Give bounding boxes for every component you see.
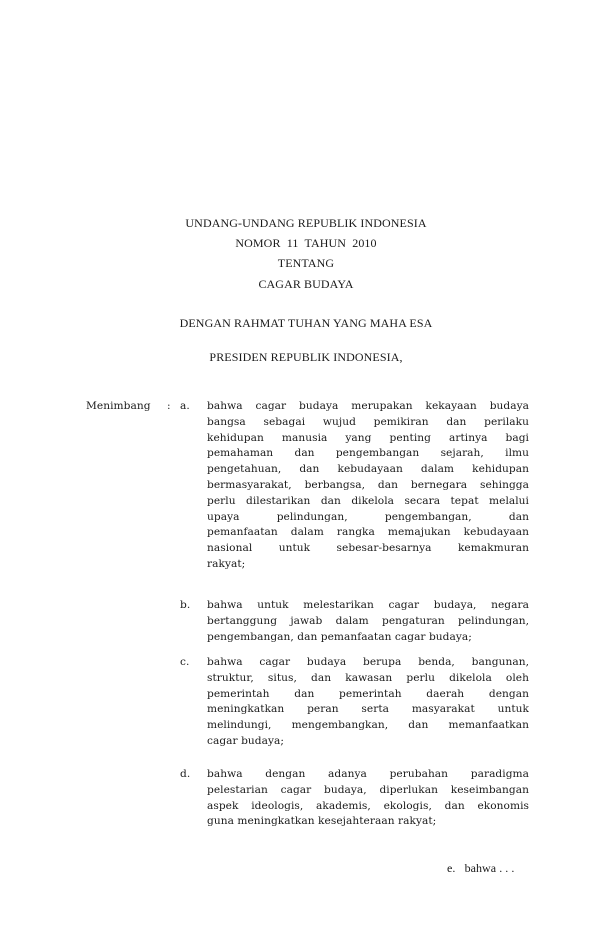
text-line: bahwa dengan adanya perubahan paradigma [207, 767, 529, 783]
item-marker: c. [180, 655, 206, 671]
text-line: struktur, situs, dan kawasan perlu dikel… [207, 671, 529, 687]
item-marker: a. [180, 399, 206, 415]
text-line: pemahaman dan pengembangan sejarah, ilmu [207, 446, 529, 462]
item-text: bahwa cagar budaya merupakan kekayaan bu… [207, 399, 529, 573]
text-line: perlu dilestarikan dan dikelola secara t… [207, 494, 529, 510]
item-marker: b. [180, 598, 206, 614]
text-line: guna meningkatkan kesejahteraan rakyat; [207, 814, 529, 830]
item-text: bahwa cagar budaya berupa benda, banguna… [207, 655, 529, 750]
text-line: nasional untuk sebesar-besarnya kemakmur… [207, 541, 529, 557]
text-line: rakyat; [207, 557, 529, 573]
text-line: upaya pelindungan, pengembangan, dan [207, 510, 529, 526]
considerations-separator: : [167, 399, 171, 415]
text-line: bangsa sebagai wujud pemikiran dan peril… [207, 415, 529, 431]
text-line: aspek ideologis, akademis, ekologis, dan… [207, 799, 529, 815]
item-marker: d. [180, 767, 206, 783]
text-line: cagar budaya; [207, 734, 529, 750]
law-number-heading: NOMOR 11 TAHUN 2010 [0, 236, 612, 250]
text-line: bahwa cagar budaya berupa benda, banguna… [207, 655, 529, 671]
text-line: meningkatkan peran serta masyarakat untu… [207, 702, 529, 718]
invocation-line: DENGAN RAHMAT TUHAN YANG MAHA ESA [0, 316, 612, 330]
text-line: pemerintah dan pemerintah daerah dengan [207, 687, 529, 703]
text-line: pelestarian cagar budaya, diperlukan kes… [207, 783, 529, 799]
text-line: bahwa untuk melestarikan cagar budaya, n… [207, 598, 529, 614]
next-page-continuation: e. bahwa . . . [447, 861, 514, 877]
text-line: pengembangan, dan pemanfaatan cagar buda… [207, 630, 529, 646]
text-line: pengetahuan, dan kebudayaan dalam kehidu… [207, 462, 529, 478]
item-text: bahwa untuk melestarikan cagar budaya, n… [207, 598, 529, 645]
law-type-heading: UNDANG-UNDANG REPUBLIK INDONESIA [0, 216, 612, 230]
considerations-label: Menimbang [86, 399, 151, 415]
text-line: bertanggung jawab dalam pengaturan pelin… [207, 614, 529, 630]
item-text: bahwa dengan adanya perubahan paradigmap… [207, 767, 529, 830]
issuer-line: PRESIDEN REPUBLIK INDONESIA, [0, 350, 612, 364]
document-page: UNDANG-UNDANG REPUBLIK INDONESIA NOMOR 1… [0, 0, 612, 936]
text-line: melindungi, mengembangkan, dan memanfaat… [207, 718, 529, 734]
text-line: bermasyarakat, berbangsa, dan bernegara … [207, 478, 529, 494]
law-about-heading: TENTANG [0, 256, 612, 270]
text-line: pemanfaatan dalam rangka memajukan kebud… [207, 525, 529, 541]
text-line: bahwa cagar budaya merupakan kekayaan bu… [207, 399, 529, 415]
text-line: kehidupan manusia yang penting artinya b… [207, 431, 529, 447]
law-subject-heading: CAGAR BUDAYA [0, 277, 612, 291]
